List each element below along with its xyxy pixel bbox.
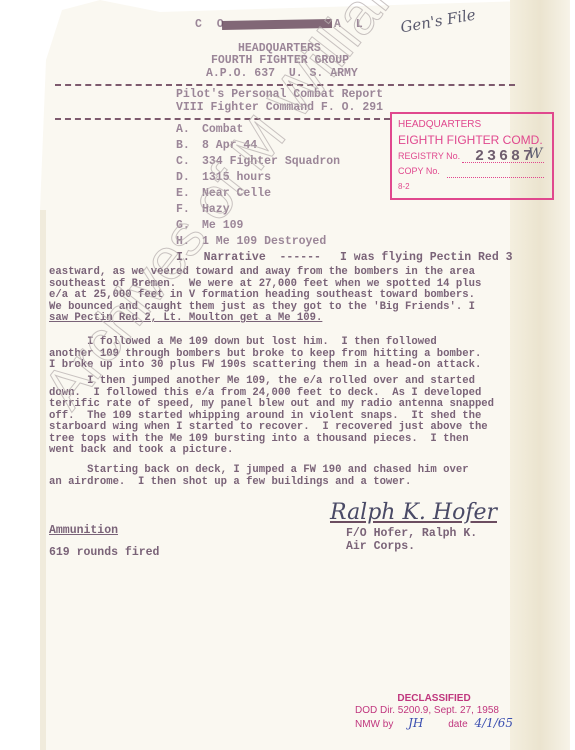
stamp-registry-label: REGISTRY No. (398, 151, 460, 161)
page-edge-left (40, 210, 46, 750)
registry-initials: W (528, 146, 542, 162)
field-key: B. (176, 139, 190, 152)
narrative-line: an airdrome. I then shot up a few buildi… (49, 476, 411, 489)
declassified-nmw-row: NMW by JH date 4/1/65 (355, 717, 513, 731)
ammunition-value: 619 rounds fired (49, 546, 159, 559)
stamp-copy-line (447, 177, 544, 178)
stamp-line-2: EIGHTH FIGHTER COMD. (398, 133, 543, 147)
stamp-copy-label: COPY No. (398, 166, 440, 176)
declassified-date-value: 4/1/65 (474, 716, 513, 730)
declassified-title: DECLASSIFIED (355, 693, 513, 705)
signature-handwritten: Ralph K. Hofer (330, 500, 497, 525)
narrative-line: went back and took a picture. (49, 444, 233, 457)
declassified-nmw-label: NMW by (355, 719, 393, 730)
stamp-line-1: HEADQUARTERS (398, 119, 481, 130)
stamp-footer-mark: 8-2 (398, 182, 410, 191)
registry-number: 23687 (475, 148, 535, 165)
narrative-first-line: I was flying Pectin Red 3 (340, 251, 513, 264)
header-rule-bottom (55, 118, 390, 120)
signature-branch: Air Corps. (346, 540, 415, 553)
field-key: C. (176, 155, 190, 168)
field-key: A. (176, 123, 190, 136)
ammunition-label: Ammunition (49, 524, 118, 537)
signature-typed-name: F/O Hofer, Ralph K. (346, 527, 477, 540)
declassified-nmw-initials: JH (408, 716, 423, 730)
declassified-date-label: date (448, 719, 467, 730)
declassified-stamp: DECLASSIFIED DOD Dir. 5200.9, Sept. 27, … (355, 693, 513, 731)
